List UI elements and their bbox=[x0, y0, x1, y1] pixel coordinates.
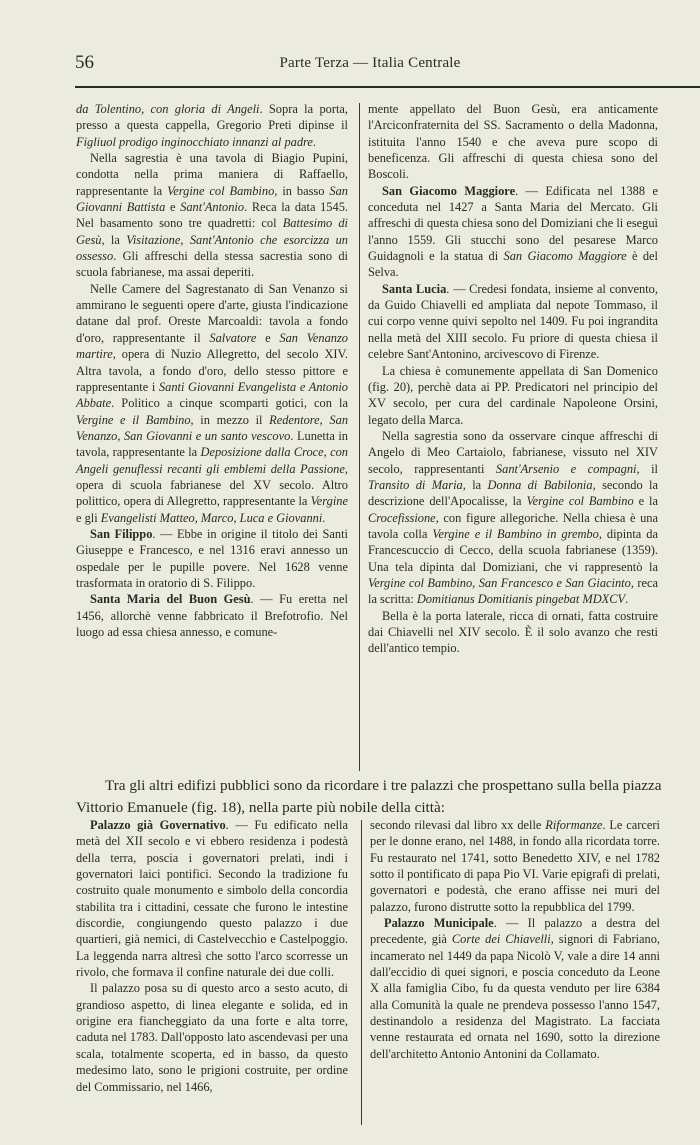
running-title: Parte Terza — Italia Centrale bbox=[75, 55, 665, 72]
paragraph: Bella è la porta laterale, ricca di orna… bbox=[368, 608, 658, 657]
lower-left-column: Palazzo già Governativo. — Fu edificato … bbox=[76, 817, 348, 1095]
intro-text: Tra gli altri edifizi pubblici sono da r… bbox=[76, 775, 696, 819]
paragraph: Palazzo già Governativo. — Fu edificato … bbox=[76, 817, 348, 980]
paragraph: Palazzo Municipale. — Il palazzo a destr… bbox=[370, 915, 660, 1062]
paragraph: San Giacomo Maggiore. — Edificata nel 13… bbox=[368, 183, 658, 281]
continued-paragraph: da Tolentino, con gloria di Angeli. Sopr… bbox=[76, 101, 348, 150]
page-header: 56 Parte Terza — Italia Centrale bbox=[75, 52, 665, 76]
upper-left-column: da Tolentino, con gloria di Angeli. Sopr… bbox=[76, 101, 348, 640]
upper-right-column: mente appellato del Buon Gesù, era antic… bbox=[368, 101, 658, 657]
book-page: 56 Parte Terza — Italia Centrale da Tole… bbox=[0, 0, 700, 1145]
continued-paragraph: secondo rilevasi dal libro xx delle Rifo… bbox=[370, 817, 660, 915]
header-rule bbox=[75, 86, 700, 88]
column-divider bbox=[359, 103, 360, 771]
paragraph: Nelle Camere del Sagrestanato di San Ven… bbox=[76, 281, 348, 526]
column-divider bbox=[361, 820, 362, 1125]
paragraph: La chiesa è comunemente appellata di San… bbox=[368, 363, 658, 428]
paragraph: Santa Lucia. — Credesi fondata, insieme … bbox=[368, 281, 658, 363]
paragraph: Nella sagrestia è una tavola di Biagio P… bbox=[76, 150, 348, 281]
paragraph: Il palazzo posa su di questo arco a sest… bbox=[76, 980, 348, 1094]
paragraph: San Filippo. — Ebbe in origine il titolo… bbox=[76, 526, 348, 591]
paragraph: Nella sagrestia sono da osservare cinque… bbox=[368, 428, 658, 608]
intro-paragraph: Tra gli altri edifizi pubblici sono da r… bbox=[76, 775, 696, 819]
continued-paragraph: mente appellato del Buon Gesù, era antic… bbox=[368, 101, 658, 183]
paragraph: Santa Maria del Buon Gesù. — Fu eretta n… bbox=[76, 591, 348, 640]
lower-right-column: secondo rilevasi dal libro xx delle Rifo… bbox=[370, 817, 660, 1062]
